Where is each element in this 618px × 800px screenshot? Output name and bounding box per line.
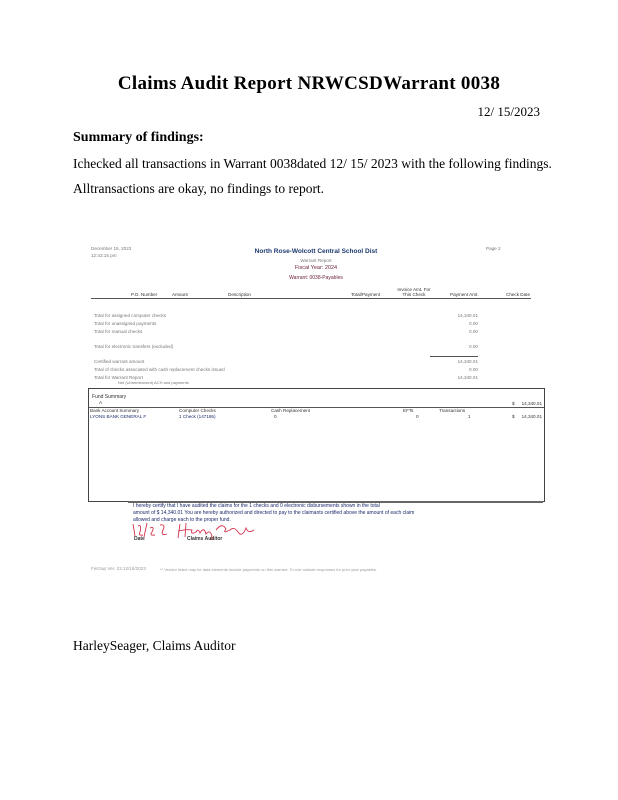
col-check-date: Check Date: [506, 292, 530, 297]
total-value: 0.00: [428, 329, 478, 334]
total-value: 0.00: [428, 367, 478, 372]
hdr-cash-replacement: Cash Replacement: [271, 408, 310, 413]
col-po-number: P.O. Number: [131, 292, 157, 297]
row-amount: 14,340.01: [509, 414, 542, 419]
total-label: Total of checks associated with cash rep…: [94, 367, 225, 372]
total-label: Certified warrant amount: [94, 359, 144, 364]
col-total-payment: Total/Payment: [351, 292, 380, 297]
fiscal-year: Fiscal Year: 2024: [88, 265, 544, 271]
total-label: Total for unassigned payments: [94, 321, 156, 326]
warrant-report-scan: December 15, 2023 12:43:15 pm North Rose…: [88, 240, 544, 580]
col-payment-amt: Payment Amt.: [450, 292, 479, 297]
report-subtitle: Warrant Report: [88, 258, 544, 263]
col-description: Description: [228, 292, 251, 297]
total-label: Total for electronic transfers (excluded…: [94, 344, 173, 349]
page-number: Page 2: [486, 246, 501, 251]
total-value: 14,340.01: [428, 359, 478, 364]
report-title: Claims Audit Report NRWCSDWarrant 0038: [0, 73, 618, 95]
total-value: 0.00: [428, 321, 478, 326]
warrant-label: Warrant: 0038-Payables: [88, 275, 544, 281]
summary-heading: Summary of findings:: [73, 130, 204, 146]
efts-count: 0: [416, 414, 419, 419]
footer-note: ** Vendor listed may be data elements in…: [160, 567, 377, 572]
auditor-signoff: HarleySeager, Claims Auditor: [73, 638, 236, 654]
total-value: 14,340.01: [428, 375, 478, 380]
hdr-transactions: Transactions: [439, 408, 465, 413]
computer-checks: 1 Check (147195): [179, 414, 216, 419]
report-date: 12/ 15/2023: [478, 104, 540, 120]
hdr-computer-checks: Computer Checks: [179, 408, 216, 413]
findings-statement: Ichecked all transactions in Warrant 003…: [73, 156, 552, 172]
cash-replacement: 0: [274, 414, 277, 419]
fund-summary-box: Fund Summary A $ 14,340.01 Bank Account …: [88, 388, 545, 502]
bank-account: LYONS BANK GENERAL F: [90, 414, 146, 419]
fund-code: A: [99, 400, 102, 405]
col-amount: Amount: [172, 292, 188, 297]
transactions-count: 1: [468, 414, 471, 419]
auditor-label: Claims Auditor: [187, 536, 222, 543]
total-value: 0.00: [428, 344, 478, 349]
hdr-bank-account: Bank Account Summary: [90, 408, 139, 413]
certification-line: I hereby certify that I have audited the…: [133, 503, 380, 510]
footer-version: FinGap Ver. 23.12/15/2023: [91, 566, 146, 571]
hdr-efts: EFTs: [403, 408, 413, 413]
totals-note: Net (Unreimbursed) ACH and payments: [118, 380, 189, 385]
col-invoice-amt: Invoice Amt. For This Check: [396, 287, 432, 297]
date-label: Date: [134, 536, 145, 543]
total-value: 14,340.01: [428, 313, 478, 318]
certification-line: amount of $ 14,340.01 You are hereby aut…: [133, 510, 414, 517]
fund-summary-title: Fund Summary: [92, 394, 126, 400]
fund-total: 14,340.01: [509, 401, 542, 406]
total-label: Total for assigned computer checks: [94, 313, 166, 318]
organization-name: North Rose-Wolcott Central School Dist: [88, 248, 544, 255]
total-label: Total for manual checks: [94, 329, 142, 334]
findings-result: Alltransactions are okay, no findings to…: [73, 181, 324, 197]
